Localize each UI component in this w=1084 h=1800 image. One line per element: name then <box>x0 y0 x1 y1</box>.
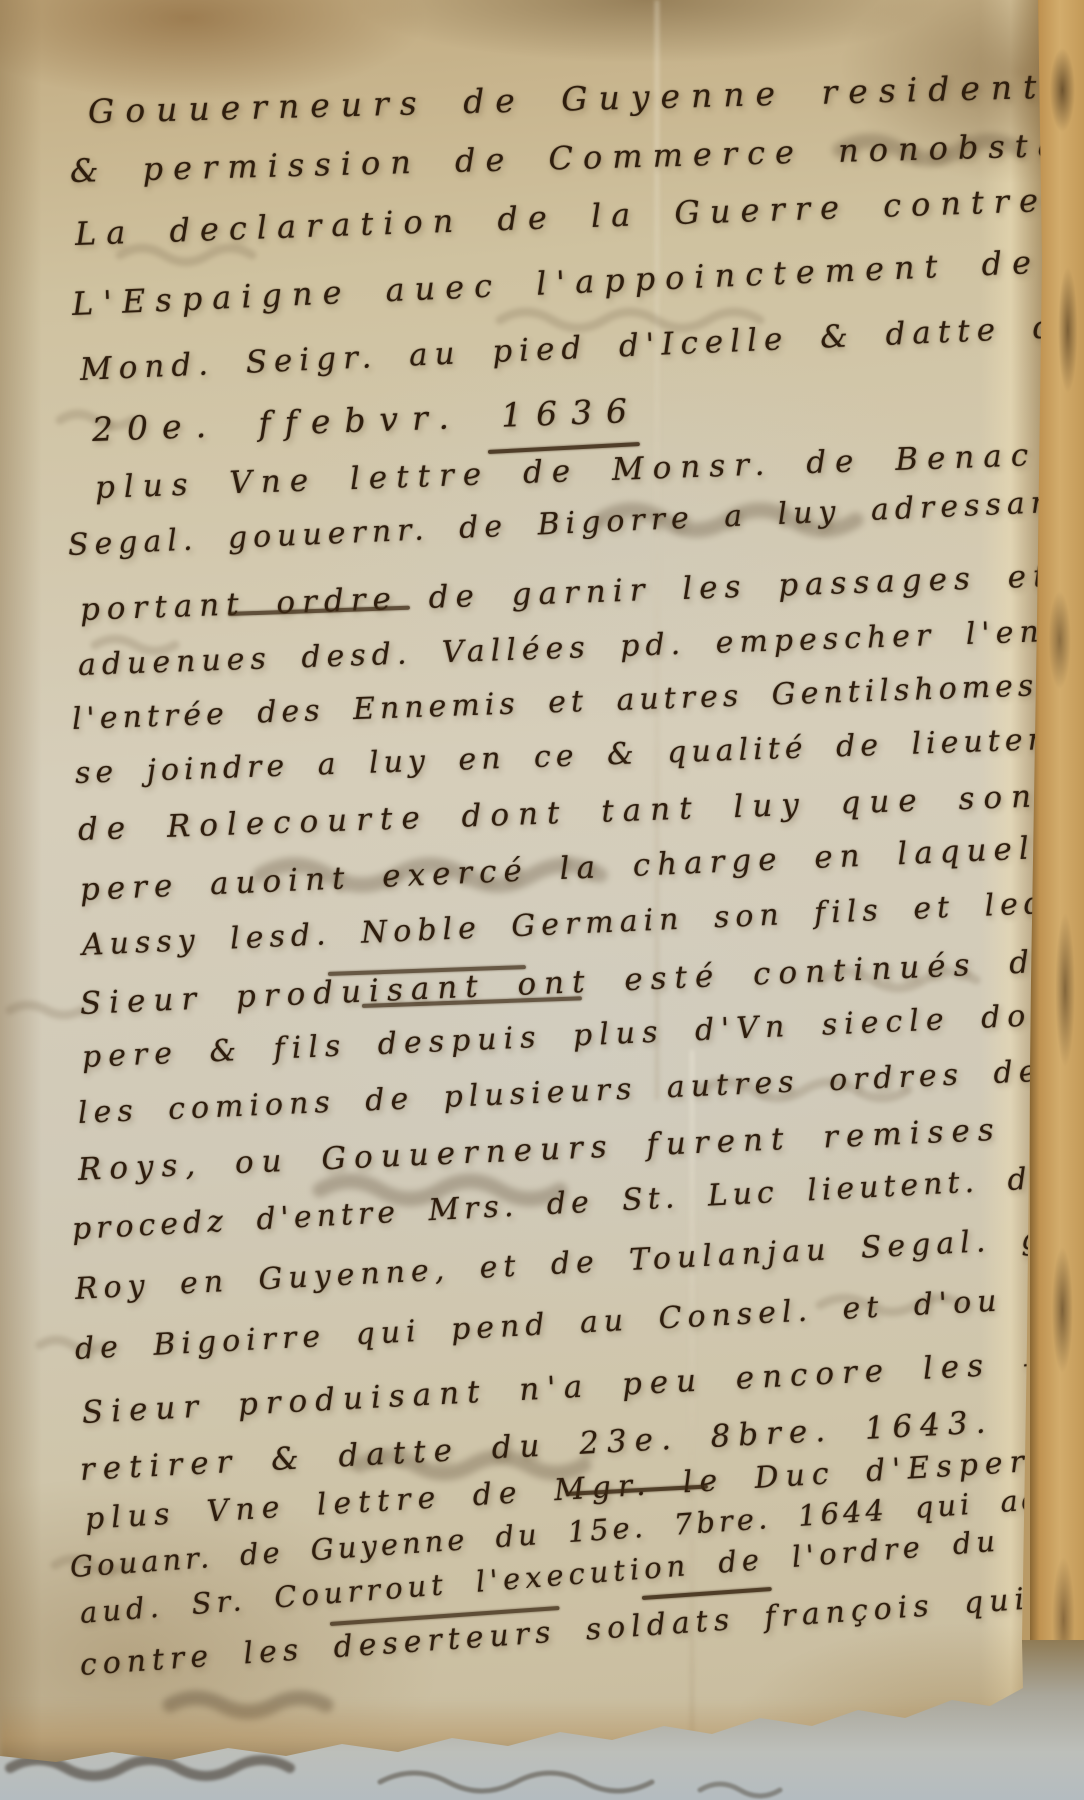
manuscript-sheet: Gouuerneurs de Guyenne residente& permis… <box>0 0 1042 1800</box>
manuscript-line: portant ordre de garnir les passages et <box>79 558 1053 628</box>
manuscript-line: Gouuerneurs de Guyenne residente <box>87 66 1078 131</box>
manuscript-line: Mond. Seigr. au pied d'Icelle & datte du <box>79 308 1084 388</box>
manuscript-line: & permission de Commerce nonobstant <box>70 125 1084 190</box>
manuscript-line: La declaration de la Guerre contre — <box>74 178 1084 253</box>
manuscript-text: Gouuerneurs de Guyenne residente& permis… <box>0 0 1042 1800</box>
manuscript-line: 20e. ffebvr. 1636 <box>91 391 641 449</box>
manuscript-scan: Gouuerneurs de Guyenne residente& permis… <box>0 0 1084 1800</box>
manuscript-line: L'Espaigne auec l'appoinctement de — <box>71 239 1084 323</box>
